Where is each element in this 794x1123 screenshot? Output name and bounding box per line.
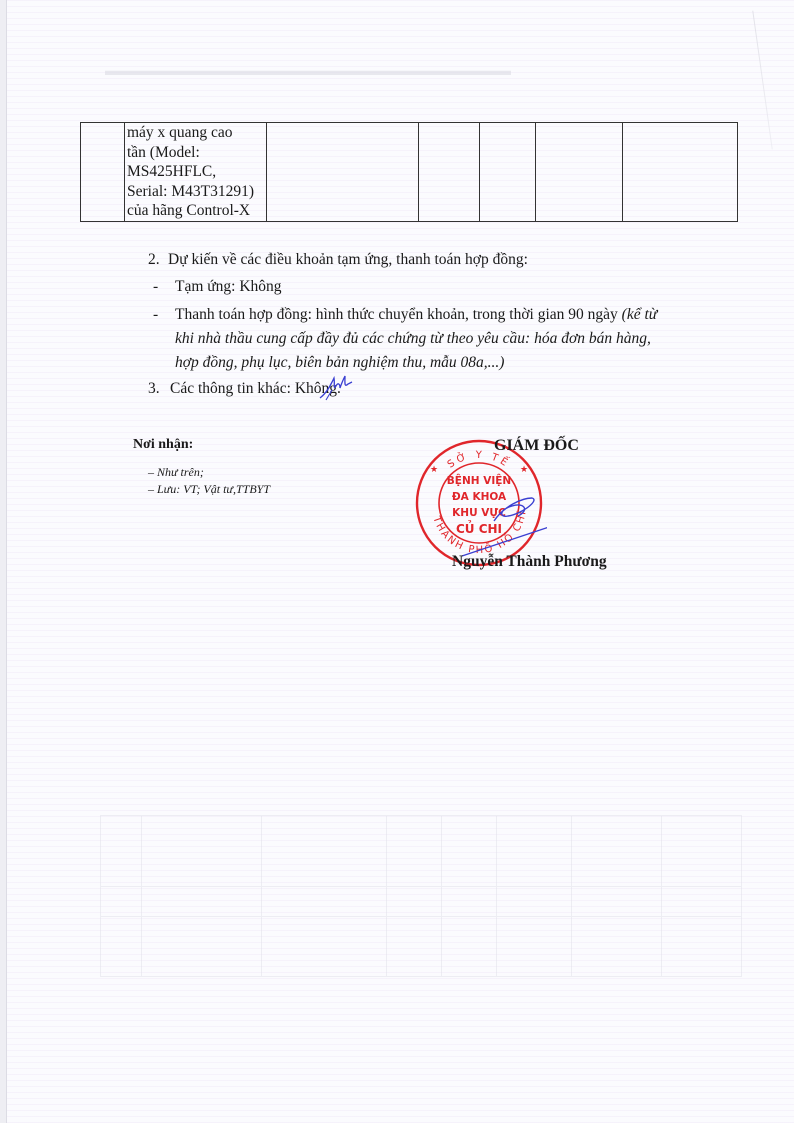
section-2-title: Dự kiến về các điều khoản tạm ứng, thanh… [168, 251, 528, 269]
signer-position: GIÁM ĐỐC [494, 437, 579, 455]
table-cell-location [536, 123, 623, 222]
cell-line: Serial: M43T31291) [127, 182, 264, 202]
table-cell-description [267, 123, 419, 222]
bleed-through-table [100, 815, 742, 977]
svg-text:CỦ CHI: CỦ CHI [456, 520, 502, 536]
page-left-edge [0, 0, 7, 1123]
payment-terms-note-line: hợp đồng, phụ lục, biên bản nghiệm thu, … [175, 354, 504, 372]
cell-line: của hãng Control-X [127, 201, 264, 221]
payment-terms-note-line: khi nhà thầu cung cấp đầy đủ các chứng t… [175, 330, 651, 348]
payment-terms-main: Thanh toán hợp đồng: hình thức chuyển kh… [175, 306, 622, 323]
section-2-number: 2. [148, 251, 160, 269]
svg-text:KHU VỰC: KHU VỰC [452, 507, 506, 519]
table-cell-service-name: máy x quang cao tần (Model: MS425HFLC, S… [125, 123, 267, 222]
payment-terms-note: (kể từ [622, 306, 658, 323]
initials-paraph-icon [318, 372, 354, 402]
bleed-through-text: ▬▬▬▬▬▬▬▬▬▬▬▬▬▬▬▬▬▬▬▬▬▬▬▬▬▬▬▬▬ [105, 64, 511, 80]
services-table: máy x quang cao tần (Model: MS425HFLC, S… [80, 122, 738, 222]
svg-text:ĐA KHOA: ĐA KHOA [452, 491, 507, 503]
recipient-item: – Lưu: VT; Vật tư,TTBYT [148, 482, 270, 497]
bullet-marker: - [153, 306, 158, 324]
recipient-item: – Như trên; [148, 465, 204, 480]
section-3-number: 3. [148, 380, 160, 398]
table-cell-stt [81, 123, 125, 222]
signer-name: Nguyễn Thành Phương [452, 553, 607, 571]
advance-payment-text: Tạm ứng: Không [175, 278, 282, 296]
table-cell-quantity [419, 123, 480, 222]
table-cell-unit [480, 123, 536, 222]
table-cell-duration [623, 123, 738, 222]
bullet-marker: - [153, 278, 158, 296]
cell-line: máy x quang cao [127, 123, 264, 143]
stamp-line: BỆNH VIỆN [447, 474, 511, 487]
recipients-title: Nơi nhận: [133, 437, 193, 453]
cell-line: MS425HFLC, [127, 162, 264, 182]
cell-line: tần (Model: [127, 143, 264, 163]
paper-fold-mark [752, 11, 772, 150]
table-row: máy x quang cao tần (Model: MS425HFLC, S… [81, 123, 738, 222]
payment-terms-text: Thanh toán hợp đồng: hình thức chuyển kh… [175, 306, 657, 324]
official-stamp-icon: SỞ Y TẾ THÀNH PHỐ HỒ CHÍ MINH ★ ★ BỆNH V… [412, 436, 547, 571]
section-3-text: Các thông tin khác: Không. [170, 380, 341, 398]
svg-text:★: ★ [520, 464, 528, 474]
svg-text:★: ★ [430, 464, 438, 474]
